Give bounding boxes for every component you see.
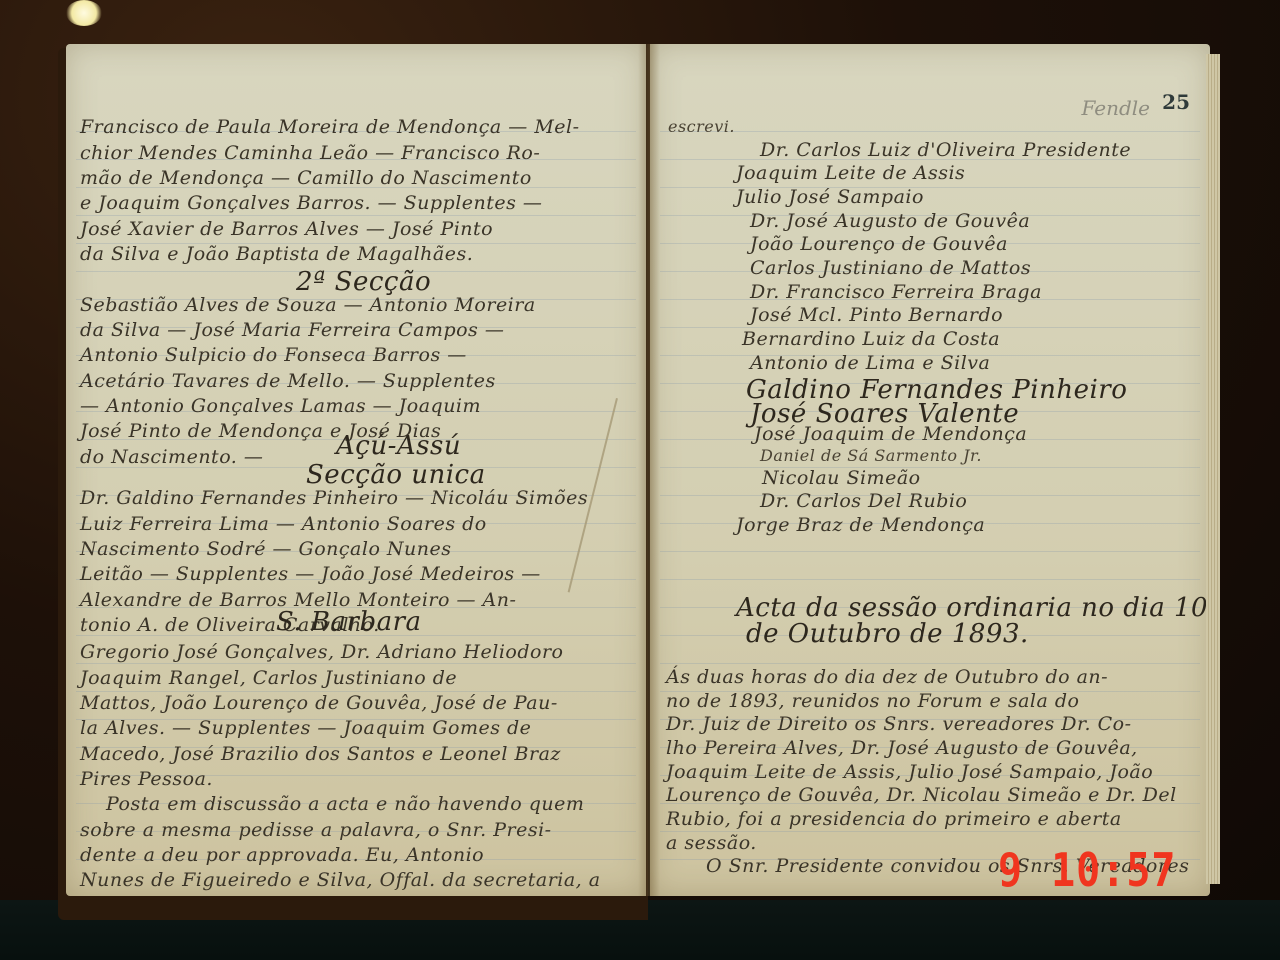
handwritten-line: Dr. Carlos Luiz d'Oliveira Presidente: [760, 139, 1131, 161]
handwritten-line: José Joaquim de Mendonça: [754, 423, 1027, 445]
handwritten-line: sobre a mesma pedisse a palavra, o Snr. …: [80, 819, 552, 841]
page-edges: [1206, 54, 1220, 884]
section-heading: Açú-Assú: [336, 431, 461, 461]
handwritten-line: Dr. Galdino Fernandes Pinheiro — Nicoláu…: [80, 487, 588, 509]
handwritten-line: Bernardino Luiz da Costa: [742, 328, 1000, 350]
handwritten-line: José Xavier de Barros Alves — José Pinto: [80, 218, 493, 240]
handwritten-line: da Silva — José Maria Ferreira Campos —: [80, 319, 504, 341]
handwritten-line: Nascimento Sodré — Gonçalo Nunes: [80, 538, 452, 560]
handwritten-line: Joaquim Rangel, Carlos Justiniano de: [80, 667, 457, 689]
handwritten-line: e Joaquim Gonçalves Barros. — Supplentes…: [80, 192, 542, 214]
handwritten-line: Macedo, José Brazilio dos Santos e Leone…: [80, 743, 561, 765]
handwritten-line: Joaquim Leite de Assis: [736, 162, 965, 184]
ledger-book: Francisco de Paula Moreira de Mendonça —…: [58, 40, 1228, 920]
handwritten-line: Luiz Ferreira Lima — Antonio Soares do: [80, 513, 487, 535]
handwritten-line: chior Mendes Caminha Leão — Francisco Ro…: [80, 142, 540, 164]
handwritten-line: Dr. Francisco Ferreira Braga: [750, 281, 1042, 303]
handwritten-line: Joaquim Leite de Assis, Julio José Sampa…: [666, 761, 1153, 783]
handwritten-line: Acetário Tavares de Mello. — Supplentes: [80, 370, 496, 392]
handwritten-line: lho Pereira Alves, Dr. José Augusto de G…: [666, 737, 1138, 759]
section-heading: S. Barbara: [276, 607, 422, 637]
section-heading: Secção unica: [306, 460, 486, 490]
handwritten-line: Dr. José Augusto de Gouvêa: [750, 210, 1030, 232]
handwritten-line: da Silva e João Baptista de Magalhães.: [80, 243, 473, 265]
timestamp-time: 10:57: [1051, 845, 1176, 898]
section-heading: de Outubro de 1893.: [746, 619, 1029, 649]
handwritten-line: la Alves. — Supplentes — Joaquim Gomes d…: [80, 717, 531, 739]
section-heading: 2ª Secção: [296, 267, 431, 297]
handwritten-line: Gregorio José Gonçalves, Dr. Adriano Hel…: [80, 641, 563, 663]
handwritten-line: Dr. Juiz de Direito os Snrs. vereadores …: [666, 713, 1132, 735]
handwritten-line: Julio José Sampaio: [736, 186, 924, 208]
lamp-glare: [66, 0, 102, 26]
handwritten-line: João Lourenço de Gouvêa: [750, 233, 1008, 255]
folio-signature: Fendle: [1081, 96, 1150, 120]
handwritten-line: Sebastião Alves de Souza — Antonio Morei…: [80, 294, 536, 316]
handwritten-line: a sessão.: [666, 832, 757, 854]
handwritten-line: Posta em discussão a acta e não havendo …: [106, 793, 584, 815]
handwritten-line: Antonio Sulpicio do Fonseca Barros —: [80, 344, 467, 366]
handwritten-line: Carlos Justiniano de Mattos: [750, 257, 1031, 279]
book-gutter: [638, 44, 660, 896]
timestamp-day: 9: [998, 845, 1023, 898]
left-page: Francisco de Paula Moreira de Mendonça —…: [66, 44, 646, 896]
handwritten-line: Daniel de Sá Sarmento Jr.: [760, 446, 982, 465]
handwritten-line: Ás duas horas do dia dez de Outubro do a…: [666, 666, 1108, 688]
page-number: 25: [1162, 90, 1190, 114]
handwritten-line: Dr. Carlos Del Rubio: [760, 490, 967, 512]
handwritten-line: José Mcl. Pinto Bernardo: [750, 304, 1003, 326]
handwritten-line: Leitão — Supplentes — João José Medeiros…: [80, 563, 541, 585]
handwritten-line: do Nascimento. —: [80, 446, 263, 468]
camera-timestamp: 910:57: [998, 845, 1177, 898]
handwritten-line: Francisco de Paula Moreira de Mendonça —…: [80, 116, 580, 138]
handwritten-line: Lourenço de Gouvêa, Dr. Nicolau Simeão e…: [666, 784, 1177, 806]
handwritten-line: Pires Pessoa.: [80, 768, 213, 790]
handwritten-line: Mattos, João Lourenço de Gouvêa, José de…: [80, 692, 558, 714]
handwritten-line: dente a deu por approvada. Eu, Antonio: [80, 844, 484, 866]
handwritten-line: escrevi.: [668, 117, 735, 136]
handwritten-line: mão de Mendonça — Camillo do Nascimento: [80, 167, 532, 189]
handwritten-line: Rubio, foi a presidencia do primeiro e a…: [666, 808, 1122, 830]
handwritten-line: no de 1893, reunidos no Forum e sala do: [666, 690, 1079, 712]
handwritten-line: — Antonio Gonçalves Lamas — Joaquim: [80, 395, 481, 417]
handwritten-line: Nicolau Simeão: [762, 467, 921, 489]
handwritten-line: Nunes de Figueiredo e Silva, Offal. da s…: [80, 869, 601, 891]
handwritten-line: Antonio de Lima e Silva: [750, 352, 990, 374]
handwritten-line: Jorge Braz de Mendonça: [736, 514, 985, 536]
right-page: Fendle 25 escrevi.Dr. Carlos Luiz d'Oliv…: [650, 44, 1210, 896]
